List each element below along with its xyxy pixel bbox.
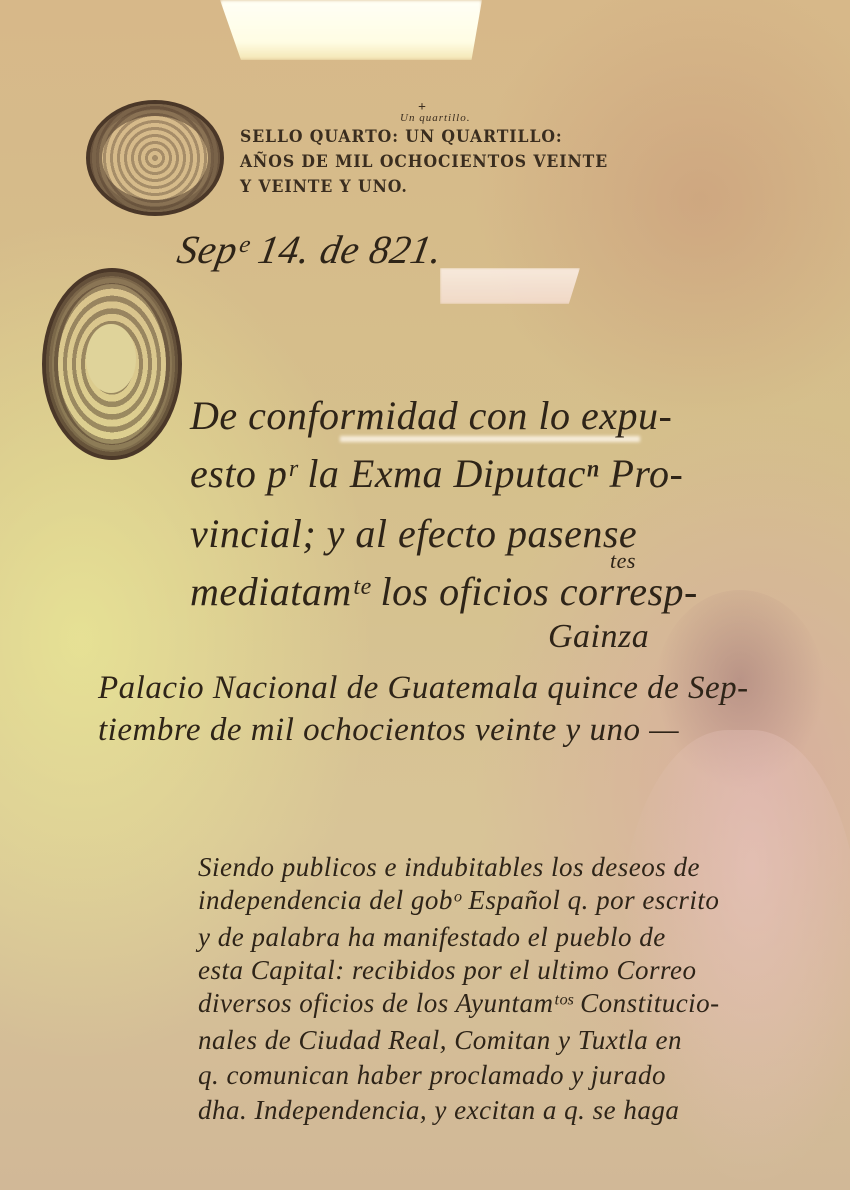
- paragraph-2-line: tiembre de mil ochocientos veinte y uno …: [98, 712, 679, 749]
- stamp-line: Y VEINTE Y UNO.: [240, 177, 408, 197]
- royal-seal-icon: [86, 100, 224, 216]
- paragraph-2-line: Palacio Nacional de Guatemala quince de …: [98, 670, 749, 707]
- paragraph-3-line: q. comunican haber proclamado y jurado: [198, 1060, 666, 1091]
- light-reflection-middle: [440, 268, 580, 304]
- date-line: Sepᵉ 14. de 821.: [174, 226, 446, 273]
- paragraph-1-line: esto pʳ la Exma Diputacⁿ Pro-: [190, 450, 683, 497]
- stamp-line: SELLO QUARTO: UN QUARTILLO:: [240, 127, 563, 147]
- signature: Gainza: [548, 618, 649, 656]
- oval-seal-icon: [42, 268, 182, 460]
- paragraph-3-line: dha. Independencia, y excitan a q. se ha…: [198, 1095, 679, 1126]
- paragraph-3-line: independencia del gobᵒ Español q. por es…: [198, 885, 719, 916]
- paragraph-3-line: Siendo publicos e indubitables los deseo…: [198, 852, 700, 883]
- paragraph-3-line: nales de Ciudad Real, Comitan y Tuxtla e…: [198, 1025, 682, 1056]
- stamp-subtitle: Un quartillo.: [400, 112, 470, 124]
- stamp-line: AÑOS DE MIL OCHOCIENTOS VEINTE: [240, 152, 608, 172]
- paragraph-3-line: diversos oficios de los Ayuntamᵗᵒˢ Const…: [198, 988, 720, 1019]
- paragraph-1-line: vincial; y al efecto pasense: [190, 510, 637, 557]
- light-reflection-top: [220, 0, 482, 60]
- paragraph-3-line: esta Capital: recibidos por el ultimo Co…: [198, 955, 696, 986]
- paragraph-3-line: y de palabra ha manifestado el pueblo de: [198, 922, 666, 953]
- paragraph-1-line: mediatamᵗᵉ los oficios corresp-: [190, 568, 698, 615]
- paragraph-1-line: De conformidad con lo expu-: [190, 392, 672, 439]
